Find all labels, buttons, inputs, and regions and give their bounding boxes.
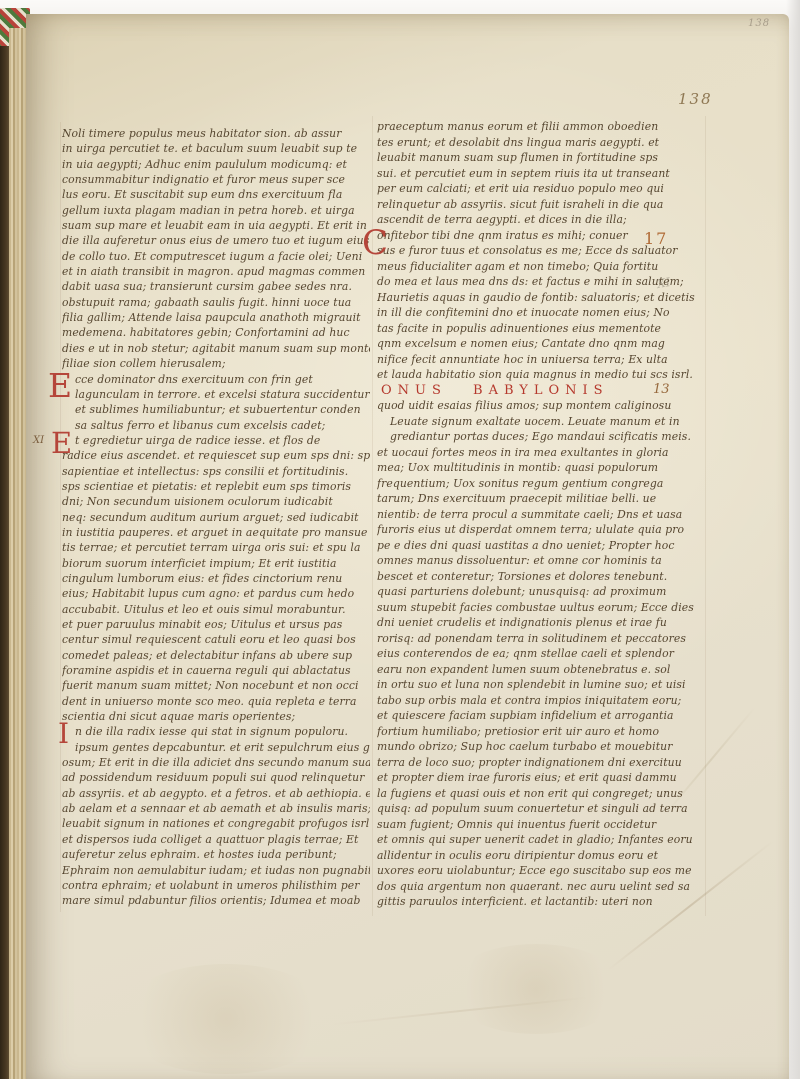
manuscript-line: allidentur in oculis eoru diripientur do… bbox=[377, 848, 703, 864]
manuscript-line: de collo tuo. Et computrescet iugum a fa… bbox=[62, 249, 370, 264]
manuscript-line: et in aiath transibit in magron. apud ma… bbox=[62, 264, 370, 279]
manuscript-line: suam fugient; Omnis qui inuentus fuerit … bbox=[377, 817, 703, 833]
manuscript-line: comedet paleas; et delectabitur infans a… bbox=[62, 648, 370, 663]
manuscript-line: in ill die confitemini dno et inuocate n… bbox=[377, 305, 703, 321]
manuscript-line: mundo obrizo; Sup hoc caelum turbabo et … bbox=[377, 739, 703, 755]
manuscript-line: filia gallim; Attende laisa paupcula ana… bbox=[62, 310, 370, 325]
red-initial-I-in-die-illa: I bbox=[58, 720, 69, 748]
parchment-stain bbox=[116, 964, 336, 1074]
manuscript-line: terra de loco suo; propter indignationem… bbox=[377, 755, 703, 771]
manuscript-line: sps scientiae et pietatis: et replebit e… bbox=[62, 479, 370, 494]
manuscript-line: uxores eoru uiolabuntur; Ecce ego suscit… bbox=[377, 863, 703, 879]
manuscript-line: et sublimes humiliabuntur; et subuertent… bbox=[62, 402, 370, 417]
manuscript-photo: 138 138 Noli timere populus meus habitat… bbox=[0, 0, 800, 1079]
manuscript-line: et propter diem irae furoris eius; et er… bbox=[377, 770, 703, 786]
manuscript-line: qnm excelsum e nomen eius; Cantate dno q… bbox=[377, 336, 703, 352]
manuscript-line: t egredietur uirga de radice iesse. et f… bbox=[62, 433, 370, 448]
manuscript-line: la fugiens et quasi ouis et non erit qui… bbox=[377, 786, 703, 802]
manuscript-line: in iustitia pauperes. et arguet in aequi… bbox=[62, 525, 370, 540]
manuscript-line: grediantur portas duces; Ego mandaui sci… bbox=[377, 429, 703, 445]
manuscript-line: dni; Non secundum uisionem oculorum iudi… bbox=[62, 494, 370, 509]
manuscript-line: tarum; Dns exercituum praecepit militiae… bbox=[377, 491, 703, 507]
manuscript-line: fortium humiliabo; pretiosior erit uir a… bbox=[377, 724, 703, 740]
manuscript-line: lagunculam in terrore. et excelsi statur… bbox=[62, 387, 370, 402]
manuscript-line: et puer paruulus minabit eos; Uitulus et… bbox=[62, 617, 370, 632]
red-initial-C-confitebor: C bbox=[362, 226, 388, 260]
manuscript-line: per eum calciati; et erit uia residuo po… bbox=[377, 181, 703, 197]
manuscript-line: tes erunt; et desolabit dns lingua maris… bbox=[377, 135, 703, 151]
manuscript-line: sapientiae et intellectus: sps consilii … bbox=[62, 464, 370, 479]
chapter-numeral-13: 13 bbox=[653, 382, 670, 397]
manuscript-line: quasi parturiens dolebunt; unusquisq: ad… bbox=[377, 584, 703, 600]
manuscript-line: gittis paruulos interficient. et lactant… bbox=[377, 894, 703, 910]
red-initial-E-ecce: E bbox=[48, 369, 72, 402]
manuscript-line: dent in uniuerso monte sco meo. quia rep… bbox=[62, 694, 370, 709]
manuscript-line: mea; Uox multitudinis in montib: quasi p… bbox=[377, 460, 703, 476]
corner-folio-number-pencil: 138 bbox=[748, 18, 770, 29]
manuscript-line: auferetur zelus ephraim. et hostes iuda … bbox=[62, 847, 370, 862]
manuscript-line: tis terrae; et percutiet terram uirga or… bbox=[62, 540, 370, 555]
manuscript-line: praeceptum manus eorum et filii ammon ob… bbox=[377, 119, 703, 135]
manuscript-line: ascendit de terra aegypti. et dices in d… bbox=[377, 212, 703, 228]
parchment-stain bbox=[446, 944, 626, 1034]
manuscript-line: dos quia argentum non quaerant. nec auru… bbox=[377, 879, 703, 895]
manuscript-line: dni ueniet crudelis et indignationis ple… bbox=[377, 615, 703, 631]
manuscript-line: suam sup mare et leuabit eam in uia aegy… bbox=[62, 218, 370, 233]
red-initial-E-et-egredietur: E bbox=[51, 429, 72, 458]
manuscript-line: in ortu suo et luna non splendebit in lu… bbox=[377, 677, 703, 693]
manuscript-line: et uocaui fortes meos in ira mea exultan… bbox=[377, 445, 703, 461]
manuscript-line: consummabitur indignatio et furor meus s… bbox=[62, 172, 370, 187]
manuscript-line: eius conterendos de ea; qnm stellae cael… bbox=[377, 646, 703, 662]
manuscript-line: contra ephraim; et uolabunt in umeros ph… bbox=[62, 878, 370, 893]
manuscript-line: sa saltus ferro et libanus cum excelsis … bbox=[62, 418, 370, 433]
manuscript-line: nifice fecit annuntiate hoc in uniuersa … bbox=[377, 352, 703, 368]
manuscript-line: quisq: ad populum suum conuertetur et si… bbox=[377, 801, 703, 817]
manuscript-line: ad possidendum residuum populi sui quod … bbox=[62, 770, 370, 785]
manuscript-line: Leuate signum exaltate uocem. Leuate man… bbox=[377, 414, 703, 430]
manuscript-line: et quiescere faciam supbiam infidelium e… bbox=[377, 708, 703, 724]
manuscript-line: cingulum lumborum eius: et fides cinctor… bbox=[62, 571, 370, 586]
manuscript-line: centur simul requiescent catuli eoru et … bbox=[62, 632, 370, 647]
manuscript-line: et omnis qui super uenerit cadet in glad… bbox=[377, 832, 703, 848]
manuscript-line: ipsum gentes depcabuntur. et erit sepulc… bbox=[62, 740, 370, 755]
manuscript-line: ab assyriis. et ab aegypto. et a fetros.… bbox=[62, 786, 370, 801]
manuscript-line: Noli timere populus meus habitator sion.… bbox=[62, 126, 370, 141]
manuscript-line: radice eius ascendet. et requiescet sup … bbox=[62, 448, 370, 463]
manuscript-line: eius; Habitabit lupus cum agno: et pardu… bbox=[62, 586, 370, 601]
manuscript-line: leuabit manum suam sup flumen in fortitu… bbox=[377, 150, 703, 166]
ruling-line bbox=[705, 116, 706, 916]
manuscript-line: cce dominator dns exercituum con frin ge… bbox=[62, 372, 370, 387]
manuscript-line: dies e ut in nob stetur; agitabit manum … bbox=[62, 341, 370, 356]
manuscript-line: suum stupebit facies combustae uultus eo… bbox=[377, 600, 703, 616]
manuscript-line: pe e dies dni quasi uastitas a dno uenie… bbox=[377, 538, 703, 554]
manuscript-line: biorum suorum interficiet impium; Et eri… bbox=[62, 556, 370, 571]
text-column-left: Noli timere populus meus habitator sion.… bbox=[62, 126, 370, 909]
manuscript-line: furoris eius ut disperdat omnem terra; u… bbox=[377, 522, 703, 538]
manuscript-line: n die illa radix iesse qui stat in signu… bbox=[62, 724, 370, 739]
manuscript-line: tabo sup orbis mala et contra impios ini… bbox=[377, 693, 703, 709]
manuscript-line: Ephraim non aemulabitur iudam; et iudas … bbox=[62, 863, 370, 878]
manuscript-line: in uia aegypti; Adhuc enim paululum modi… bbox=[62, 157, 370, 172]
chapter-numeral-xi: XI bbox=[33, 435, 44, 446]
manuscript-line: sui. et percutiet eum in septem riuis it… bbox=[377, 166, 703, 182]
manuscript-line: bescet et conteretur; Torsiones et dolor… bbox=[377, 569, 703, 585]
manuscript-line: in uirga percutiet te. et baculum suum l… bbox=[62, 141, 370, 156]
manuscript-line: relinquetur ab assyriis. sicut fuit isra… bbox=[377, 197, 703, 213]
manuscript-line: et lauda habitatio sion quia magnus in m… bbox=[377, 367, 703, 383]
manuscript-line: filiae sion collem hierusalem; bbox=[62, 356, 370, 371]
ruling-line bbox=[60, 122, 61, 912]
manuscript-line: leuabit signum in nationes et congregabi… bbox=[62, 816, 370, 831]
manuscript-line: accubabit. Uitulus et leo et ouis simul … bbox=[62, 602, 370, 617]
manuscript-line: scientia dni sicut aquae maris operiente… bbox=[62, 709, 370, 724]
manuscript-line: medemena. habitatores gebin; Confortamin… bbox=[62, 325, 370, 340]
manuscript-line: Haurietis aquas in gaudio de fontib: sal… bbox=[377, 290, 703, 306]
manuscript-line: meus fiducialiter agam et non timebo; Qu… bbox=[377, 259, 703, 275]
manuscript-line: foramine aspidis et in cauerna reguli qu… bbox=[62, 663, 370, 678]
manuscript-line: osum; Et erit in die illa adiciet dns se… bbox=[62, 755, 370, 770]
folio-number-ink: 138 bbox=[678, 90, 713, 108]
manuscript-line: ab aelam et a sennaar et ab aemath et ab… bbox=[62, 801, 370, 816]
manuscript-line: mare simul pdabuntur filios orientis; Id… bbox=[62, 893, 370, 908]
manuscript-line: neq: secundum auditum aurium arguet; sed… bbox=[62, 510, 370, 525]
manuscript-line: nientib: de terra procul a summitate cae… bbox=[377, 507, 703, 523]
manuscript-line: gellum iuxta plagam madian in petra hore… bbox=[62, 203, 370, 218]
manuscript-line: omnes manus dissoluentur: et omne cor ho… bbox=[377, 553, 703, 569]
manuscript-line: fuerit manum suam mittet; Non nocebunt e… bbox=[62, 678, 370, 693]
quire-mark-17: 17 bbox=[644, 229, 668, 248]
manuscript-line: die illa auferetur onus eius de umero tu… bbox=[62, 233, 370, 248]
pencil-marginal-mark: XI bbox=[656, 275, 672, 291]
manuscript-line: dabit uasa sua; transierunt cursim gabee… bbox=[62, 279, 370, 294]
manuscript-line: earu non expandent lumen suum obtenebrat… bbox=[377, 662, 703, 678]
manuscript-line: rorisq: ad ponendam terra in solitudinem… bbox=[377, 631, 703, 647]
manuscript-line: tas facite in populis adinuentiones eius… bbox=[377, 321, 703, 337]
manuscript-line: obstupuit rama; gabaath saulis fugit. hi… bbox=[62, 295, 370, 310]
manuscript-line: frequentium; Uox sonitus regum gentium c… bbox=[377, 476, 703, 492]
manuscript-line: do mea et laus mea dns ds: et factus e m… bbox=[377, 274, 703, 290]
manuscript-line: quod uidit esaias filius amos; sup monte… bbox=[377, 398, 703, 414]
manuscript-line: et dispersos iuda colliget a quattuor pl… bbox=[62, 832, 370, 847]
manuscript-line: lus eoru. Et suscitabit sup eum dns exer… bbox=[62, 187, 370, 202]
